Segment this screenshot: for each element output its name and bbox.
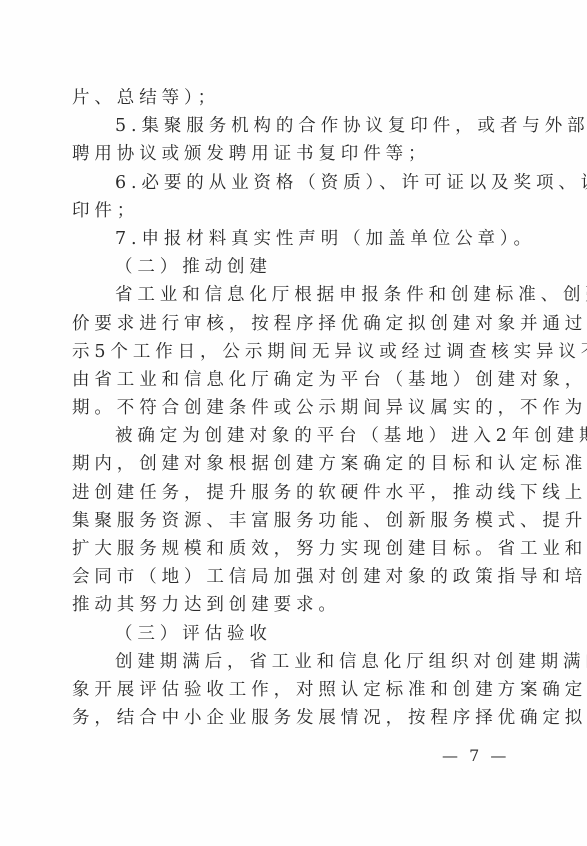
text-line: 集聚服务资源、丰富服务功能、创新服务模式、提升服务能力， <box>72 507 504 535</box>
text-line: 聘用协议或颁发聘用证书复印件等； <box>72 140 504 168</box>
text-line: 务，结合中小企业服务发展情况，按程序择优确定拟认定的平 <box>72 704 504 732</box>
text-line: 推动其努力达到创建要求。 <box>72 591 504 619</box>
document-page: 片、总结等）； 5.集聚服务机构的合作协议复印件，或者与外部专家签署 聘用协议或… <box>0 0 587 846</box>
text-line: 期内，创建对象根据创建方案确定的目标和认定标准，着力推 <box>72 450 504 478</box>
text-line: 片、总结等）； <box>72 84 504 112</box>
text-line: 示5个工作日，公示期间无异议或经过调查核实异议不属实的， <box>72 338 504 366</box>
list-item-7: 7.申报材料真实性声明（加盖单位公章）。 <box>72 225 504 253</box>
paragraph-start: 创建期满后，省工业和信息化厅组织对创建期满的创建对 <box>72 648 504 676</box>
text-line: 会同市（地）工信局加强对创建对象的政策指导和培育引导， <box>72 563 504 591</box>
text-line: 由省工业和信息化厅确定为平台（基地）创建对象，进入创建 <box>72 366 504 394</box>
body-text: 片、总结等）； 5.集聚服务机构的合作协议复印件，或者与外部专家签署 聘用协议或… <box>72 84 504 732</box>
page-number: — 7 — <box>442 746 509 765</box>
text-line: 扩大服务规模和质效，努力实现创建目标。省工业和信息化厅 <box>72 535 504 563</box>
text-line: 印件； <box>72 197 504 225</box>
section-heading-2: （二）推动创建 <box>72 253 504 281</box>
text-line: 价要求进行审核，按程序择优确定拟创建对象并通过部网站公 <box>72 310 504 338</box>
paragraph-start: 省工业和信息化厅根据申报条件和创建标准、创建方案评 <box>72 281 504 309</box>
text-line: 进创建任务，提升服务的软硬件水平，推动线下线上服务融合， <box>72 479 504 507</box>
paragraph-start: 被确定为创建对象的平台（基地）进入2年创建期。创建 <box>72 422 504 450</box>
text-line: 期。不符合创建条件或公示期间异议属实的，不作为创建对象。 <box>72 394 504 422</box>
list-item-6: 6.必要的从业资格（资质）、许可证以及奖项、认定等复 <box>72 169 504 197</box>
text-line: 象开展评估验收工作，对照认定标准和创建方案确定的目标任 <box>72 676 504 704</box>
section-heading-3: （三）评估验收 <box>72 620 504 648</box>
list-item-5: 5.集聚服务机构的合作协议复印件，或者与外部专家签署 <box>72 112 504 140</box>
